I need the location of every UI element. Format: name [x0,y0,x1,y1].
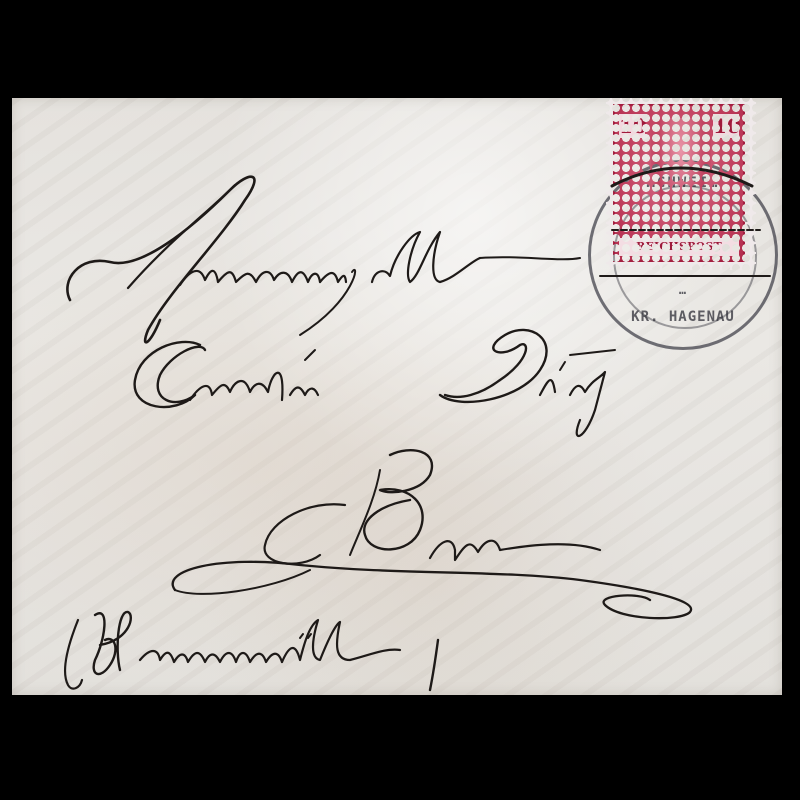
stamp-inscription: REICHSPOST [619,238,739,256]
postmark-date-text: … [591,283,775,297]
postmark-district-text: KR. HAGENAU [591,309,775,325]
stamp-frame: 10 10 REICHSPOST [613,104,745,262]
stamp-value-right: 10 [713,114,739,138]
stamp-value-left: 10 [619,114,645,138]
germania-figure-icon [651,118,711,228]
postage-stamp: 10 10 REICHSPOST [606,98,756,270]
